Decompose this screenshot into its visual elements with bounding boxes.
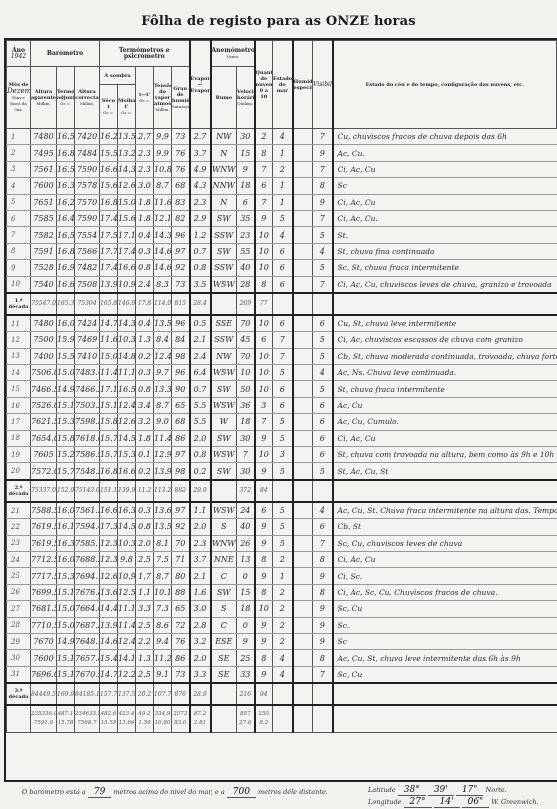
rumo-cell: WSW: [211, 397, 237, 413]
seco-cell: 15.7: [100, 430, 118, 446]
register-table: Ano1942 Barómetro Termómetros e psicróme…: [6, 40, 557, 733]
mar-cell: [273, 480, 293, 502]
hum-cell: [293, 161, 313, 177]
hum-cell: [293, 447, 313, 463]
tensao-cell: 11.4: [154, 430, 172, 446]
alt-corr-cell: 7676.8: [75, 584, 100, 600]
tensao-cell: 8.1: [154, 535, 172, 551]
alt-corr-cell: 7657.8: [75, 650, 100, 666]
alt-corr-cell: 7548.5: [75, 463, 100, 480]
day-cell: 4: [7, 178, 31, 194]
table-row: 187654.015.87618.015.714.51.811.4862.0SW…: [7, 430, 557, 446]
vel-cell: 35: [237, 210, 255, 226]
mar-cell: 2: [273, 633, 293, 649]
vis-cell: 7: [313, 276, 333, 293]
note-cell: Cu, chuviscos fracos de chuva depois das…: [333, 129, 557, 145]
seco-cell: 16.2: [100, 129, 118, 145]
rumo-cell: SW: [211, 463, 237, 480]
vis-cell: [313, 705, 333, 733]
alt-corr-cell: 7694.1: [75, 568, 100, 584]
vis-cell: [313, 480, 333, 502]
nuv-cell: 8: [255, 551, 273, 567]
note-cell: Sc: [333, 178, 557, 194]
rumo-cell: C: [211, 617, 237, 633]
evap-cell: 28.9: [190, 683, 211, 705]
molh-cell: 12.4: [118, 633, 136, 649]
seco-cell: 15.8: [100, 414, 118, 430]
vis-cell: 4: [313, 502, 333, 519]
table-row: 13740015.5741015.014.80.212.4982.4NW7010…: [7, 348, 557, 364]
evap-cell: 5.5: [190, 414, 211, 430]
nuv-cell: 84: [255, 480, 273, 502]
molhado-header: Molhado t'Gr. c.: [118, 85, 136, 129]
molh-cell: 14.1: [118, 650, 136, 666]
diff-cell: 0.3: [136, 502, 154, 519]
day-cell: 21: [7, 502, 31, 519]
diff-cell: 1.3: [136, 332, 154, 348]
evap-cell: 29.9: [190, 480, 211, 502]
rumo-cell: S: [211, 601, 237, 617]
vis-cell: 6: [313, 397, 333, 413]
tensao-cell: 13.3: [154, 381, 172, 397]
tensao-cell: 10.1: [154, 584, 172, 600]
anemometro-header: AnemómetroVento: [211, 41, 255, 67]
seco-cell: 14.4: [100, 601, 118, 617]
grau-cell: 257383.0: [172, 705, 190, 733]
vel-cell: 9: [237, 633, 255, 649]
vis-cell: 7: [313, 535, 333, 551]
rumo-cell: C: [211, 568, 237, 584]
vis-cell: 6: [313, 414, 333, 430]
grau-cell: 90: [172, 381, 190, 397]
decade-label: 1.ª década: [7, 293, 31, 315]
alt-corr-cell: 7469: [75, 332, 100, 348]
diff-cell: 3.4: [136, 397, 154, 413]
year-header: Ano1942: [7, 41, 31, 67]
alt-ap-cell: 7605: [31, 447, 57, 463]
vis-cell: 9: [313, 194, 333, 210]
grau-cell: 68: [172, 414, 190, 430]
vel-cell: 18: [237, 178, 255, 194]
nuv-cell: 2558.2: [255, 705, 273, 733]
nuv-cell: 77: [255, 293, 273, 315]
table-row: 287710.515.07687.513.911.42.58.6722.8C09…: [7, 617, 557, 633]
vel-cell: 40: [237, 519, 255, 535]
term-adj-cell: 15.8: [57, 430, 75, 446]
table-row: 147506.015.07483.411.411.10.39.7966.4WSW…: [7, 365, 557, 381]
tensao-cell: 114.0: [154, 293, 172, 315]
tensao-cell: 8.7: [154, 397, 172, 413]
hum-cell: [293, 519, 313, 535]
day-cell: 10: [7, 276, 31, 293]
hum-cell: [293, 601, 313, 617]
diff-cell: 1.8: [136, 210, 154, 226]
diff-cell: 2.2: [136, 633, 154, 649]
mar-cell: 5: [273, 430, 293, 446]
note-cell: [333, 293, 557, 315]
molh-cell: 12.2: [118, 666, 136, 683]
mar-cell: 5: [273, 210, 293, 226]
seco-cell: 165.8: [100, 293, 118, 315]
nuv-cell: 10: [255, 260, 273, 276]
total-label: [7, 705, 31, 733]
grau-cell: 98: [172, 463, 190, 480]
note-cell: Sc, Cu, chuviscos leves de chuva: [333, 535, 557, 551]
alt-corr-cell: 7482: [75, 260, 100, 276]
diff-cell: 0.4: [136, 227, 154, 243]
mar-cell: 4: [273, 650, 293, 666]
evap-cell: 2.1: [190, 568, 211, 584]
diff-cell: 0.3: [136, 243, 154, 259]
grau-cell: 82: [172, 210, 190, 226]
mar-cell: 4: [273, 666, 293, 683]
diff-cell: 1.8: [136, 194, 154, 210]
vel-cell: 6: [237, 194, 255, 210]
alt-ap-cell: 235336.07591.0: [31, 705, 57, 733]
molh-cell: 11.1: [118, 365, 136, 381]
rumo-cell: WNW: [211, 161, 237, 177]
vis-cell: 9: [313, 568, 333, 584]
nuv-cell: 3: [255, 397, 273, 413]
alt-corr-cell: 7508: [75, 276, 100, 293]
seco-cell: 16.8: [100, 194, 118, 210]
rumo-cell: WSW: [211, 276, 237, 293]
rumo-cell: SW: [211, 430, 237, 446]
vel-cell: 40: [237, 260, 255, 276]
term-adj-cell: 16.0: [57, 551, 75, 567]
molh-cell: 16.3: [118, 502, 136, 519]
tensao-cell: 8.4: [154, 332, 172, 348]
rumo-cell: NW: [211, 348, 237, 364]
tensao-cell: 9.0: [154, 414, 172, 430]
table-row: 12750015.9746911.610.31.38.4842.1SSW4567…: [7, 332, 557, 348]
seco-cell: 13.6: [100, 584, 118, 600]
day-cell: 27: [7, 601, 31, 617]
diff-cell: 0.8: [136, 260, 154, 276]
molh-cell: 17.1: [118, 227, 136, 243]
day-cell: 30: [7, 650, 31, 666]
note-cell: Ac, Cu, St, chuva leve intermitente das …: [333, 650, 557, 666]
vis-cell: [313, 293, 333, 315]
vel-cell: 23: [237, 227, 255, 243]
seco-cell: 17.3: [100, 519, 118, 535]
register-sheet: Ano1942 Barómetro Termómetros e psicróme…: [4, 38, 557, 782]
seco-cell: 15.4: [100, 650, 118, 666]
vel-cell: 30: [237, 129, 255, 145]
tensao-cell: 12.4: [154, 348, 172, 364]
seco-cell: 15.6: [100, 178, 118, 194]
hum-cell: [293, 293, 313, 315]
seco-cell: 17.1: [100, 381, 118, 397]
nuv-cell: 6: [255, 178, 273, 194]
decade-label: 2.ª década: [7, 480, 31, 502]
grau-cell: 70: [172, 535, 190, 551]
molh-cell: 14.8: [118, 348, 136, 364]
vel-cell: 45: [237, 332, 255, 348]
seco-cell: 15.0: [100, 348, 118, 364]
mar-cell: 5: [273, 519, 293, 535]
decade-summary-row: 3.ª década84449.5169.984185.1157.7137.52…: [7, 683, 557, 705]
alt-ap-cell: 7619.5: [31, 519, 57, 535]
alt-corr-cell: 7687.5: [75, 617, 100, 633]
term-adj-cell: 15.1: [57, 397, 75, 413]
hum-cell: [293, 705, 313, 733]
note-cell: Ac, Cu: [333, 397, 557, 413]
table-row: 277681.515.07664.014.411.13.37.3653.0S18…: [7, 601, 557, 617]
vis-cell: 7: [313, 666, 333, 683]
vel-cell: 0: [237, 568, 255, 584]
diff-cell: 20.2: [136, 683, 154, 705]
day-cell: 14: [7, 365, 31, 381]
alt-corr-cell: 7585.1: [75, 535, 100, 551]
altura-aparente-header: Altura aparenteMillim.: [31, 67, 57, 129]
vel-cell: 85727.6: [237, 705, 255, 733]
diff-cell: 2.7: [136, 129, 154, 145]
hum-cell: [293, 365, 313, 381]
alt-corr-cell: 7503.2: [75, 397, 100, 413]
hum-cell: [293, 397, 313, 413]
nuv-cell: 9: [255, 633, 273, 649]
vis-cell: 8: [313, 551, 333, 567]
nuv-cell: 10: [255, 381, 273, 397]
evap-cell: 2.9: [190, 210, 211, 226]
tensao-cell: 9.9: [154, 129, 172, 145]
grau-cell: 68: [172, 178, 190, 194]
rumo-cell: SSW: [211, 227, 237, 243]
term-adj-cell: 16.8: [57, 243, 75, 259]
note-cell: Sc, Cu: [333, 601, 557, 617]
hum-cell: [293, 260, 313, 276]
month-header: Mês deDezembroDias e fases da lua: [7, 67, 31, 129]
term-adj-cell: 16.5: [57, 129, 75, 145]
note-cell: Cb, St: [333, 519, 557, 535]
molh-cell: 15.3: [118, 447, 136, 463]
hum-cell: [293, 502, 313, 519]
term-adj-cell: 15.1: [57, 584, 75, 600]
evap-cell: 0.2: [190, 463, 211, 480]
day-cell: 29: [7, 633, 31, 649]
evap-cell: 87.22.81: [190, 705, 211, 733]
vel-cell: 269: [237, 293, 255, 315]
note-cell: Ac, Cu.: [333, 145, 557, 161]
note-cell: St, Ac, Cu, St: [333, 463, 557, 480]
longitude: Longitude 27° 14' 06" W. Greenwich.: [368, 797, 539, 807]
molh-cell: 10.9: [118, 276, 136, 293]
molh-cell: 13.5: [118, 129, 136, 145]
diff-cell: 2.5: [136, 666, 154, 683]
hum-cell: [293, 243, 313, 259]
vis-cell: 5: [313, 463, 333, 480]
mar-cell: [273, 705, 293, 733]
note-cell: [333, 480, 557, 502]
day-cell: 25: [7, 568, 31, 584]
molh-cell: 10.9: [118, 568, 136, 584]
diff-cell: 0.2: [136, 463, 154, 480]
molh-cell: 13.2: [118, 145, 136, 161]
grau-cell: 88: [172, 584, 190, 600]
term-adj-cell: 487.115.78: [57, 705, 75, 733]
term-adj-cell: 16.8: [57, 145, 75, 161]
diff-cell: 2.3: [136, 161, 154, 177]
evap-cell: 1.6: [190, 584, 211, 600]
grau-cell: 72: [172, 617, 190, 633]
hum-cell: [293, 617, 313, 633]
mar-cell: 2: [273, 551, 293, 567]
vis-cell: 6: [313, 447, 333, 463]
vis-cell: 6: [313, 315, 333, 332]
day-cell: 2: [7, 145, 31, 161]
alt-corr-cell: 7598.3: [75, 414, 100, 430]
day-cell: 15: [7, 381, 31, 397]
molh-cell: 15.0: [118, 194, 136, 210]
mar-cell: 6: [273, 397, 293, 413]
table-row: 167526.015.17503.215.112.43.48.7655.5WSW…: [7, 397, 557, 413]
vel-cell: 15: [237, 145, 255, 161]
nuv-cell: 94: [255, 683, 273, 705]
molh-cell: 12.4: [118, 397, 136, 413]
vel-cell: 30: [237, 463, 255, 480]
tensao-cell: 10.8: [154, 161, 172, 177]
rumo-cell: [211, 683, 237, 705]
molh-cell: 12.6: [118, 178, 136, 194]
tensao-cell: 14.6: [154, 243, 172, 259]
tensao-cell: 8.6: [154, 617, 172, 633]
rumo-cell: SW: [211, 381, 237, 397]
mar-cell: 6: [273, 243, 293, 259]
grau-cell: 882: [172, 480, 190, 502]
diff-cell: 0.8: [136, 381, 154, 397]
barometer-note: O barómetro está a 79 metros acima do ni…: [22, 787, 328, 797]
evaporimetro-header: Evaporímetro — Evaporação: [190, 41, 211, 129]
vel-cell: 55: [237, 243, 255, 259]
grau-cell: 83: [172, 194, 190, 210]
vis-cell: 5: [313, 348, 333, 364]
day-cell: 11: [7, 315, 31, 332]
term-adj-cell: 16.6: [57, 276, 75, 293]
vis-cell: 9: [313, 145, 333, 161]
note-cell: Ci, Sc.: [333, 568, 557, 584]
hum-cell: [293, 129, 313, 145]
term-adj-cell: 16.4: [57, 210, 75, 226]
diff-cell: 2.3: [136, 145, 154, 161]
vel-cell: 18: [237, 601, 255, 617]
term-adj-cell: 16.1: [57, 519, 75, 535]
tensao-cell: 14.6: [154, 260, 172, 276]
alt-corr-cell: 7590: [75, 161, 100, 177]
seco-cell: 16.6: [100, 502, 118, 519]
termometro-adjunto-header: Termómetro adjuntoGr. c.: [57, 67, 75, 129]
day-cell: 12: [7, 332, 31, 348]
term-adj-cell: 15.0: [57, 617, 75, 633]
vel-cell: 25: [237, 650, 255, 666]
diff-cell: 1.7: [136, 568, 154, 584]
nuv-cell: 8: [255, 584, 273, 600]
mar-cell: 7: [273, 332, 293, 348]
rumo-cell: N: [211, 145, 237, 161]
grau-cell: 73: [172, 129, 190, 145]
vis-cell: 5: [313, 381, 333, 397]
nuv-cell: 6: [255, 502, 273, 519]
grau-cell: 86: [172, 430, 190, 446]
note-cell: St, chuva com trovoada na altura, bem co…: [333, 447, 557, 463]
tensao-cell: 107.7: [154, 683, 172, 705]
grau-cell: 84: [172, 332, 190, 348]
seco-cell: 482.615.55: [100, 705, 118, 733]
table-row: 4760016.3757815.612.63.08.7684.3NNW18618…: [7, 178, 557, 194]
grau-cell: 76: [172, 633, 190, 649]
grau-cell: 97: [172, 447, 190, 463]
seco-cell: 11.6: [100, 332, 118, 348]
nuvens-header: Quantidade de nuvens 0 a 10: [255, 41, 273, 129]
note-cell: St, chuva fina continuada: [333, 243, 557, 259]
grau-cell: 80: [172, 568, 190, 584]
humidade-especifica-header: Humidade específica: [293, 41, 313, 129]
evap-cell: 3.7: [190, 145, 211, 161]
diff-cell: 1.8: [136, 430, 154, 446]
note-cell: Sc, Cu: [333, 666, 557, 683]
mar-cell: 6: [273, 381, 293, 397]
day-cell: 31: [7, 666, 31, 683]
seco-cell: 15.7: [100, 447, 118, 463]
nuv-cell: 10: [255, 348, 273, 364]
tensao-cell: 13.6: [154, 502, 172, 519]
molh-cell: 16.5: [118, 381, 136, 397]
seco-cell: 14.7: [100, 666, 118, 683]
tensao-cell: 8.3: [154, 276, 172, 293]
day-cell: 7: [7, 227, 31, 243]
note-cell: Sc: [333, 633, 557, 649]
vel-cell: 372: [237, 480, 255, 502]
mar-cell: 2: [273, 584, 293, 600]
note-cell: Cb, St, chuva moderada continuada, trovo…: [333, 348, 557, 364]
rumo-cell: SW: [211, 210, 237, 226]
page-title: Fôlha de registo para as ONZE horas: [0, 14, 557, 29]
grau-cell: 98: [172, 348, 190, 364]
alt-corr-cell: 7570: [75, 194, 100, 210]
rumo-cell: SW: [211, 243, 237, 259]
note-cell: Ci, Ac, Cu: [333, 161, 557, 177]
term-adj-cell: 16.0: [57, 315, 75, 332]
tensao-cell: 7.3: [154, 601, 172, 617]
vis-cell: 6: [313, 430, 333, 446]
hum-cell: [293, 683, 313, 705]
molh-cell: 12.6: [118, 414, 136, 430]
alt-ap-cell: 75547.0: [31, 293, 57, 315]
day-cell: 20: [7, 463, 31, 480]
table-row: 247712.516.07688.212.39.82.57.5713.7NNE1…: [7, 551, 557, 567]
table-row: 9752816.9748217.416.60.814.6920.8SSW4010…: [7, 260, 557, 276]
molh-cell: 14.3: [118, 315, 136, 332]
alt-corr-cell: 7554: [75, 227, 100, 243]
alt-corr-cell: 7670.9: [75, 666, 100, 683]
diff-cell: 0.2: [136, 348, 154, 364]
alt-ap-cell: 7710.5: [31, 617, 57, 633]
seco-cell: 17.7: [100, 243, 118, 259]
vel-cell: 9: [237, 161, 255, 177]
day-cell: 5: [7, 194, 31, 210]
tensao-cell: 11.2: [154, 650, 172, 666]
nuv-cell: 8: [255, 145, 273, 161]
nuv-cell: 9: [255, 463, 273, 480]
alt-ap-cell: 7528: [31, 260, 57, 276]
grau-cell: 73: [172, 666, 190, 683]
rumo-cell: WSW: [211, 365, 237, 381]
alt-corr-cell: 7688.2: [75, 551, 100, 567]
barometro-header: Barómetro: [31, 41, 100, 67]
vel-cell: 30: [237, 430, 255, 446]
nuv-cell: 7: [255, 194, 273, 210]
tensao-cell: 14.3: [154, 227, 172, 243]
